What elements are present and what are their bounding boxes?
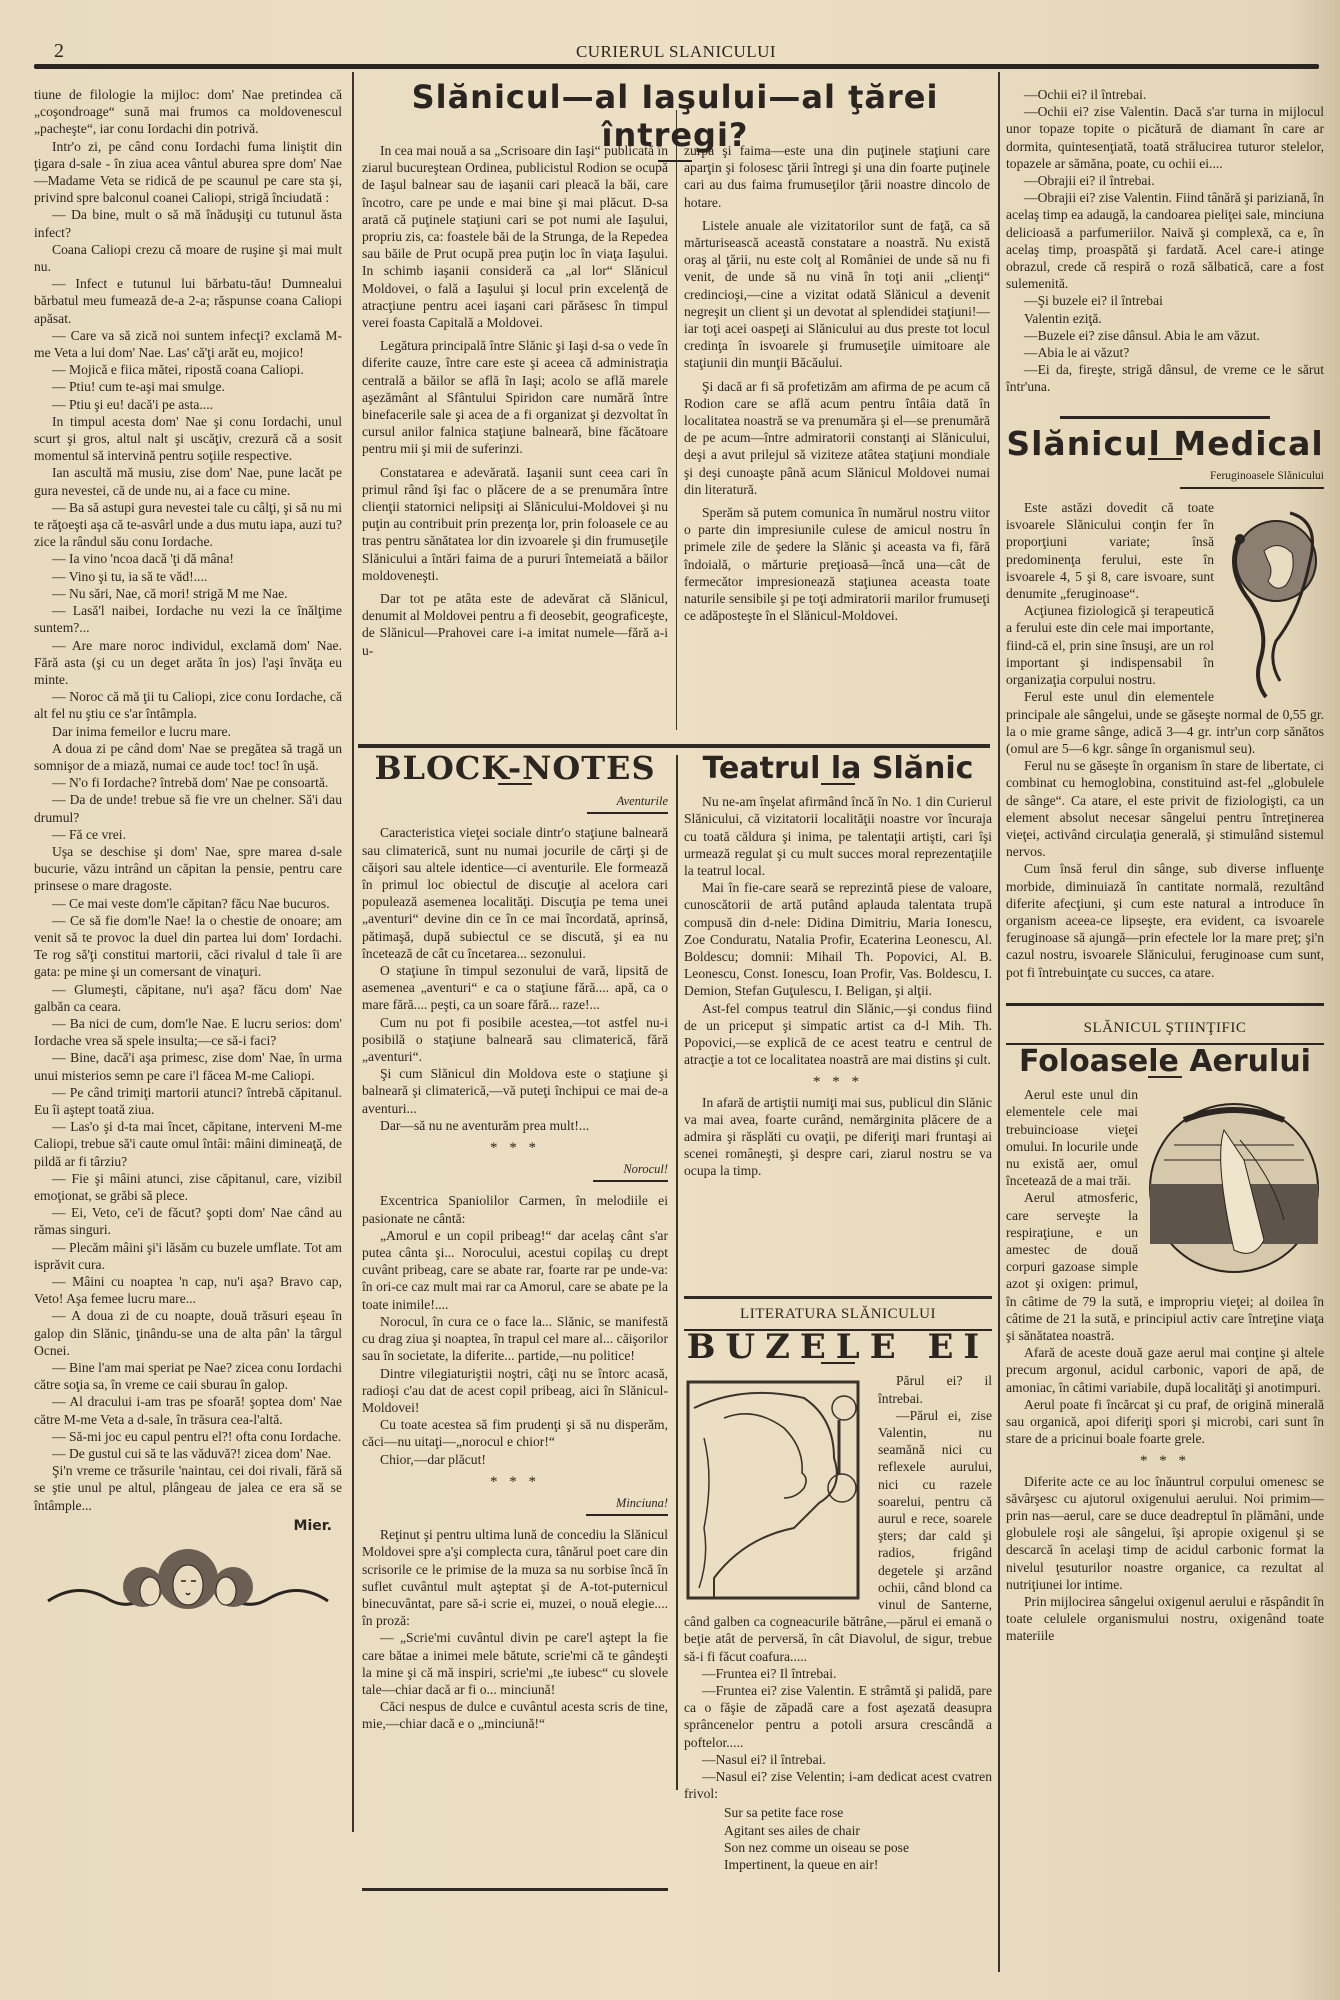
- paragraph: — Pe când trimiţi martorii atunci? între…: [34, 1084, 342, 1118]
- paragraph: Şi cum Slănicul din Moldova este o staţi…: [362, 1065, 668, 1117]
- paragraph: In afară de artiştii numiţi mai sus, pub…: [684, 1094, 992, 1180]
- paragraph: Norocul, în cura ce o face la... Slănic,…: [362, 1313, 668, 1365]
- story-body: tiune de filologie la mijloc: dom' Nae p…: [34, 86, 342, 1514]
- paragraph: In cea mai nouă a sa „Scrisoare din Iaşi…: [362, 142, 668, 331]
- paragraph: Dar inima femeilor e lucru mare.: [34, 723, 342, 740]
- paragraph: Ferul nu se găseşte în organism în stare…: [1006, 757, 1324, 860]
- paragraph: —Abia le ai văzut?: [1006, 344, 1324, 361]
- paragraph: Ast-fel compus teatrul din Slănic,—şi co…: [684, 1000, 992, 1069]
- poem-line: Sur sa petite face rose: [724, 1804, 992, 1821]
- column-rule: [352, 72, 354, 1832]
- paragraph: — Da bine, mult o să mă înăduşiţi cu tut…: [34, 206, 342, 240]
- block-notes-title: BLOCK-NOTES: [362, 760, 668, 777]
- aerul-title: Foloasele Aerului: [1006, 1053, 1324, 1070]
- paragraph: Valentin eziţă.: [1006, 310, 1324, 327]
- paragraph: — Ce mai veste dom'le căpitan? făcu Nae …: [34, 895, 342, 912]
- section-separator: * * *: [362, 1140, 668, 1157]
- paragraph: Dar tot pe atâta este de adevărat că Slă…: [362, 590, 668, 659]
- paragraph: — Bine, dacă'i aşa primesc, zise dom' Na…: [34, 1049, 342, 1083]
- article-right-column: zurpa şi faima—este una din puţinele sta…: [684, 142, 990, 624]
- woman-sea-illustration-icon: [1144, 1100, 1324, 1276]
- paragraph: — Nu sări, Nae, că mori! strigă M me Nae…: [34, 585, 342, 602]
- paragraph: — De gustul cui să te las văduvă?! zicea…: [34, 1445, 342, 1462]
- paragraph: — Ba să astupi gura nevestei tale cu câl…: [34, 499, 342, 551]
- paragraph: —Fruntea ei? zise Valentin. E strâmtă şi…: [684, 1682, 992, 1751]
- paragraph: Diferite acte ce au loc înăuntrul corpul…: [1006, 1473, 1324, 1593]
- paragraph: — Vino şi tu, ia să te văd!....: [34, 568, 342, 585]
- paragraph: —Ochii ei? zise Valentin. Dacă s'ar turn…: [1006, 103, 1324, 172]
- author-signature: Mier.: [34, 1518, 342, 1535]
- paragraph: zurpa şi faima—este una din puţinele sta…: [684, 142, 990, 211]
- paragraph: Mai în fie-care seară se reprezintă pies…: [684, 879, 992, 999]
- paragraph: Prin mijlocirea sângelui oxigenul aerulu…: [1006, 1593, 1324, 1645]
- literatura-column: LITERATURA SLĂNICULUI BUZELE EI Părul ei…: [684, 1306, 992, 1873]
- paragraph: Aerul poate fi încărcat şi cu praf, de o…: [1006, 1396, 1324, 1448]
- section-rule: [1006, 1003, 1324, 1006]
- medical-rubric: Feruginoasele Slănicului: [1180, 468, 1324, 489]
- paragraph: — Ce să fie dom'le Nae! la o chestie de …: [34, 912, 342, 981]
- paragraph: — Ei, Veto, ce'i de făcut? şopti dom' Na…: [34, 1204, 342, 1238]
- paragraph: Ian ascultă mă musiu, zise dom' Nae, pun…: [34, 464, 342, 498]
- rubric: Aventurile: [587, 793, 668, 814]
- three-faces-ornament-icon: [38, 1541, 338, 1621]
- paragraph: Cum însă ferul din sânge, sub diverse in…: [1006, 860, 1324, 980]
- paragraph: — Ia vino 'ncoa dacă 'ţi dă mâna!: [34, 550, 342, 567]
- paragraph: — Mâini cu noaptea 'n cap, nu'i aşa? Bra…: [34, 1273, 342, 1307]
- paragraph: Chior,—dar plăcut!: [362, 1451, 668, 1468]
- paragraph: In timpul acesta dom' Nae şi conu Iordac…: [34, 413, 342, 465]
- block-notes-section: Excentrica Spaniolilor Carmen, în melodi…: [362, 1192, 668, 1467]
- paragraph: —Ochii ei? il întrebai.: [1006, 86, 1324, 103]
- paragraph: — Lasă'l naibei, Iordache nu vezi la ce …: [34, 602, 342, 636]
- paragraph: Coana Caliopi crezu că moare de ruşine ş…: [34, 241, 342, 275]
- serpent-medallion-icon: [1220, 501, 1324, 701]
- section-separator: * * *: [684, 1074, 992, 1091]
- paragraph: — Da de unde! trebue să fie vre un cheln…: [34, 791, 342, 825]
- paragraph: Dar—să nu ne aventurăm prea mult!...: [362, 1117, 668, 1134]
- paragraph: Căci nespus de dulce e cuvântul acesta s…: [362, 1698, 668, 1732]
- aerul-section-label: SLĂNICUL ŞTIINŢIFIC: [1006, 1020, 1324, 1037]
- paragraph: Cum nu pot fi posibile acestea,—tot astf…: [362, 1014, 668, 1066]
- paragraph: —Ei da, fireşte, strigă dânsul, de vreme…: [1006, 361, 1324, 395]
- paragraph: — Fie şi mâini atunci, zise căpitanul, c…: [34, 1170, 342, 1204]
- block-notes-body: AventurileCaracteristica vieţei sociale …: [362, 793, 668, 1732]
- teatrul-column: Teatrul la Slănic Nu ne-am înşelat afirm…: [684, 760, 992, 1180]
- quatrain: Sur sa petite face roseAgitant ses ailes…: [724, 1804, 992, 1873]
- paragraph: —Buzele ei? zise dânsul. Abia le am văzu…: [1006, 327, 1324, 344]
- medical-title: Slănicul Medical: [1006, 435, 1324, 452]
- masthead-rule: [34, 64, 1319, 69]
- right-column: —Ochii ei? il întrebai.—Ochii ei? zise V…: [1006, 86, 1324, 1645]
- paragraph: —Şi buzele ei? il întrebai: [1006, 292, 1324, 309]
- section-rule: [1060, 416, 1270, 419]
- newspaper-page: 2 CURIERUL SLANICULUI tiune de filologie…: [0, 0, 1340, 2000]
- paragraph: — Să-mi joc eu capul pentru el?! ofta co…: [34, 1428, 342, 1445]
- paragraph: — Ptiu! cum te-aşi mai smulge.: [34, 378, 342, 395]
- paragraph: — Are mare noroc individul, exclamă dom'…: [34, 637, 342, 689]
- section-rule: [684, 1296, 992, 1299]
- paragraph: Afară de aceste două gaze aerul mai conţ…: [1006, 1344, 1324, 1396]
- poem-line: Son nez comme un oiseau se pose: [724, 1839, 992, 1856]
- paragraph: „Amorul e un copil pribeag!“ dar acelaş …: [362, 1227, 668, 1313]
- paragraph: Şi dacă ar fi să profetizăm am afirma de…: [684, 378, 990, 498]
- buzele-title: BUZELE EI: [684, 1339, 992, 1356]
- paragraph: Listele anuale ale vizitatorilor sunt de…: [684, 217, 990, 372]
- rubric: Norocul!: [593, 1161, 668, 1182]
- column-rule: [676, 110, 677, 730]
- paragraph: —Fruntea ei? Il întrebai.: [684, 1665, 992, 1682]
- paragraph: O staţiune în timpul sezonului de vară, …: [362, 962, 668, 1014]
- paragraph: — Ba nici de cum, dom'le Nae. E lucru se…: [34, 1015, 342, 1049]
- paragraph: — N'o fi Iordache? întrebă dom' Nae pe c…: [34, 774, 342, 791]
- paragraph: Dintre vilegiaturiştii noştri, câţi nu s…: [362, 1365, 668, 1417]
- column-rule: [676, 755, 678, 1790]
- paragraph: —Nasul ei? zise Velentin; i-am dedicat a…: [684, 1768, 992, 1802]
- paragraph: — „Scrie'mi cuvântul divin pe care'l aşt…: [362, 1629, 668, 1698]
- paragraph: Uşa se deschise şi dom' Nae, spre marea …: [34, 843, 342, 895]
- block-notes-section: Reţinut şi pentru ultima lună de concedi…: [362, 1526, 668, 1732]
- column-rule: [998, 72, 1000, 1972]
- paragraph: — Care va să zică noi suntem infecţi? ex…: [34, 327, 342, 361]
- paragraph: —Obrajii ei? il întrebai.: [1006, 172, 1324, 189]
- story-column: tiune de filologie la mijloc: dom' Nae p…: [34, 86, 342, 1621]
- paragraph: Sperăm să putem comunica în numărul nost…: [684, 504, 990, 624]
- paragraph: Legătura principală între Slănic şi Iaşi…: [362, 337, 668, 457]
- paragraph: Excentrica Spaniolilor Carmen, în melodi…: [362, 1192, 668, 1226]
- paragraph: — Infect e tutunul lui bărbatu-tău! Dumn…: [34, 275, 342, 327]
- paragraph: tiune de filologie la mijloc: dom' Nae p…: [34, 86, 342, 138]
- paragraph: Nu ne-am înşelat afirmând încă în No. 1 …: [684, 793, 992, 879]
- teatrul-body: Nu ne-am înşelat afirmând încă în No. 1 …: [684, 793, 992, 1179]
- poem-line: Agitant ses ailes de chair: [724, 1822, 992, 1839]
- section-separator: * * *: [1006, 1453, 1324, 1470]
- paragraph: Caracteristica vieţei sociale dintr'o st…: [362, 824, 668, 962]
- paragraph: Şi'n vreme ce trăsurile 'naintau, cei do…: [34, 1462, 342, 1514]
- teatrul-title: Teatrul la Slănic: [684, 760, 992, 777]
- rubric: Minciuna!: [586, 1495, 668, 1516]
- paragraph: — Las'o şi d-ta mai încet, căpitane, int…: [34, 1118, 342, 1170]
- paragraph: — Noroc că mă ţii tu Caliopi, zice conu …: [34, 688, 342, 722]
- literatura-section-label: LITERATURA SLĂNICULUI: [684, 1306, 992, 1323]
- woman-profile-illustration-icon: [684, 1378, 870, 1602]
- paragraph: — Plecăm mâini şi'i lăsăm cu buzele umfl…: [34, 1239, 342, 1273]
- paragraph: —Nasul ei? il întrebai.: [684, 1751, 992, 1768]
- paragraph: — Glumeşti, căpitane, nu'i aşa? făcu dom…: [34, 981, 342, 1015]
- section-separator: * * *: [362, 1474, 668, 1491]
- paragraph: —Obrajii ei? zise Valentin. Fiind tânără…: [1006, 189, 1324, 292]
- paragraph: — Al dracului i-am tras pe sfoară! şopte…: [34, 1393, 342, 1427]
- newspaper-name: CURIERUL SLANICULUI: [36, 42, 1316, 62]
- section-rule: [358, 744, 990, 748]
- block-notes-column: BLOCK-NOTES AventurileCaracteristica vie…: [362, 760, 668, 1733]
- article-left-column: In cea mai nouă a sa „Scrisoare din Iaşi…: [362, 142, 668, 659]
- paragraph: A doua zi pe când dom' Nae se pregătea s…: [34, 740, 342, 774]
- paragraph: — Fă ce vrei.: [34, 826, 342, 843]
- paragraph: — A doua zi de cu noapte, două trăsuri e…: [34, 1307, 342, 1359]
- paragraph: — Mojică e fiica mătei, ripostă coana Ca…: [34, 361, 342, 378]
- paragraph: Intr'o zi, pe când conu Iordachi fuma li…: [34, 138, 342, 207]
- buzele-ei-continuation: —Ochii ei? il întrebai.—Ochii ei? zise V…: [1006, 86, 1324, 396]
- paragraph: — Ptiu şi eu! dacă'i pe asta....: [34, 396, 342, 413]
- paragraph: Reţinut şi pentru ultima lună de concedi…: [362, 1526, 668, 1629]
- paragraph: — Bine l'am mai speriat pe Nae? zicea co…: [34, 1359, 342, 1393]
- block-notes-section: Caracteristica vieţei sociale dintr'o st…: [362, 824, 668, 1134]
- paragraph: Cu toate acestea să fim prudenţi şi să n…: [362, 1416, 668, 1450]
- poem-line: Impertinent, la queue en air!: [724, 1856, 992, 1873]
- section-rule: [362, 1888, 668, 1891]
- paragraph: Constatarea e adevărată. Iaşanii sunt ce…: [362, 464, 668, 584]
